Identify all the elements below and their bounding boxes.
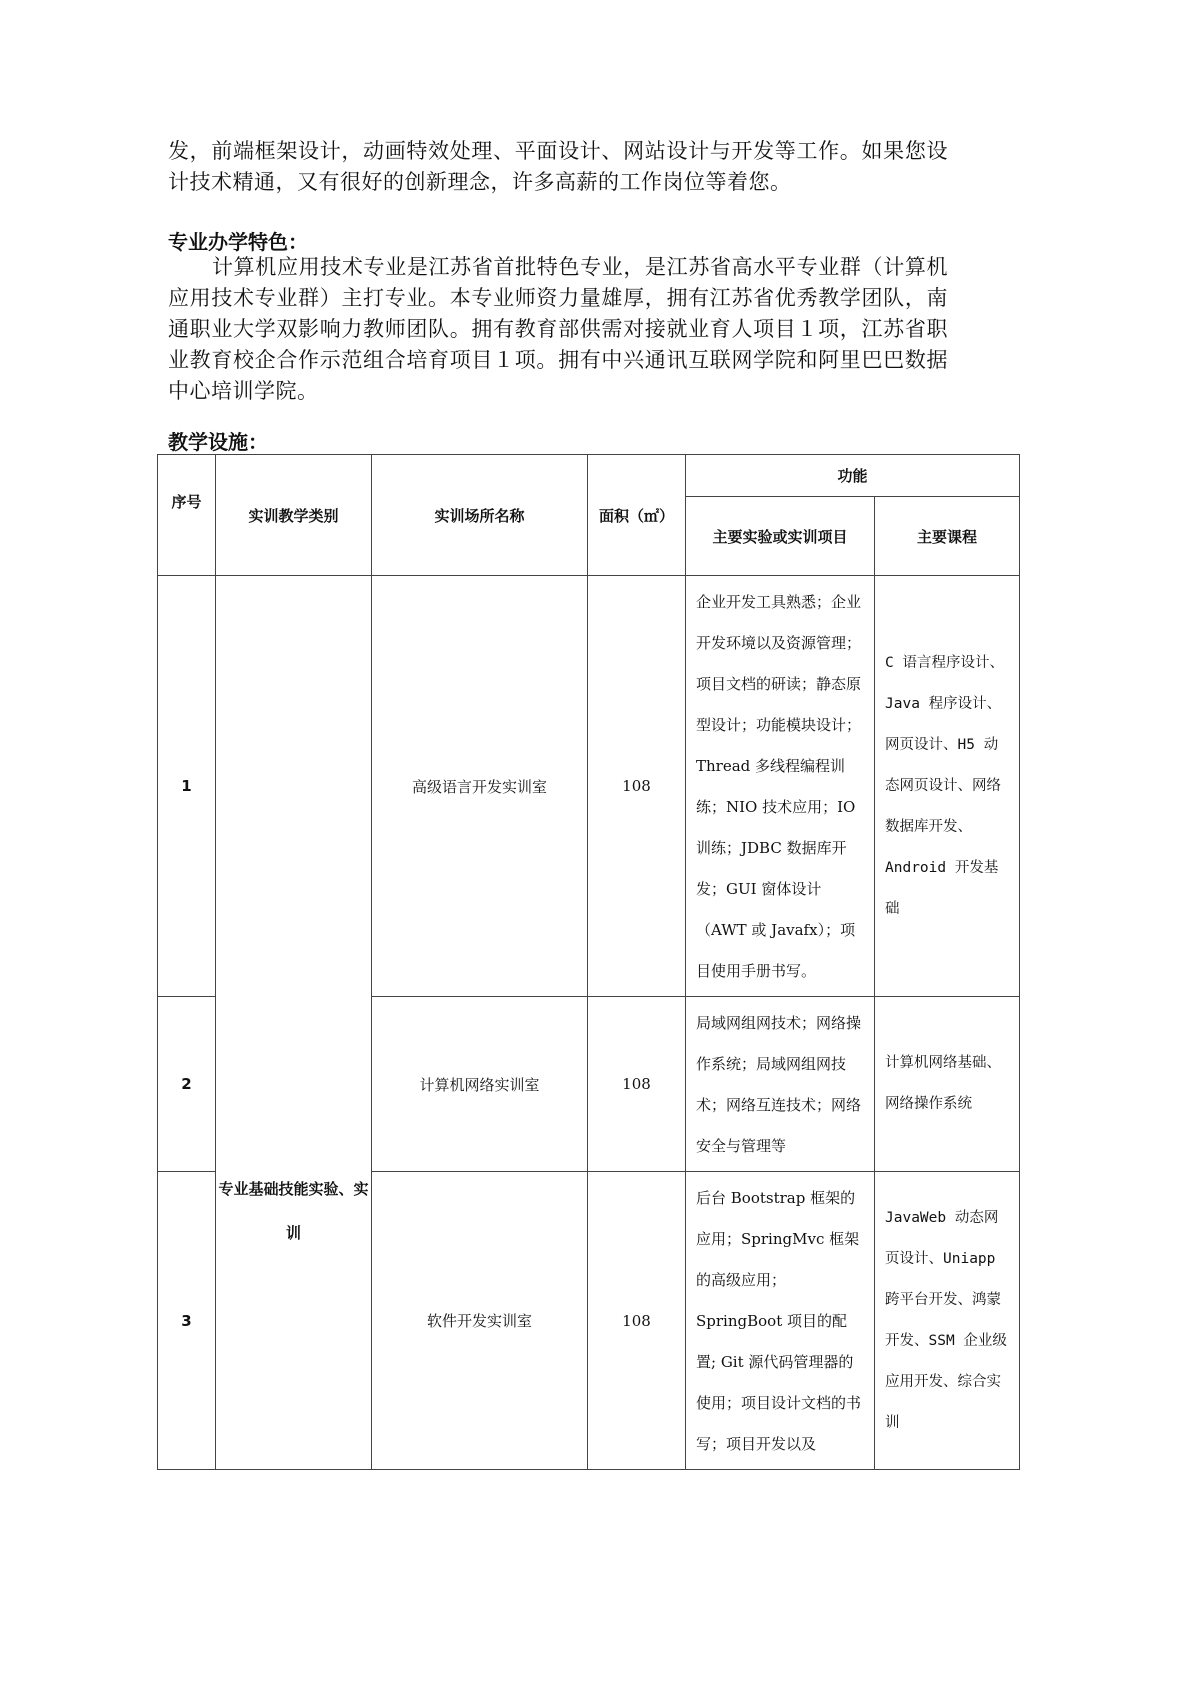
row-courses: 计算机网络基础、网络操作系统	[875, 997, 1020, 1172]
header-seq: 序号	[158, 455, 216, 576]
row-courses: C 语言程序设计、Java 程序设计、网页设计、H5 动态网页设计、网络数据库开…	[875, 576, 1020, 997]
row-projects: 企业开发工具熟悉；企业开发环境以及资源管理；项目文档的研读；静态原型设计；功能模…	[686, 576, 875, 997]
features-paragraph: 计算机应用技术专业是江苏省首批特色专业，是江苏省高水平专业群（计算机应用技术专业…	[168, 252, 948, 407]
header-courses: 主要课程	[875, 497, 1020, 576]
header-area: 面积（㎡）	[588, 455, 686, 576]
row-seq: 3	[158, 1172, 216, 1470]
header-site-name: 实训场所名称	[372, 455, 588, 576]
header-category: 实训教学类别	[216, 455, 372, 576]
row-category: 专业基础技能实验、实训	[216, 576, 372, 1470]
row-area: 108	[588, 997, 686, 1172]
row-seq: 1	[158, 576, 216, 997]
row-seq: 2	[158, 997, 216, 1172]
row-site-name: 计算机网络实训室	[372, 997, 588, 1172]
table-row: 1 专业基础技能实验、实训 高级语言开发实训室 108 企业开发工具熟悉；企业开…	[158, 576, 1020, 997]
row-projects: 局域网组网技术；网络操作系统；局域网组网技术；网络互连技术；网络安全与管理等	[686, 997, 875, 1172]
intro-paragraph: 发，前端框架设计，动画特效处理、平面设计、网站设计与开发等工作。如果您设计技术精…	[168, 136, 948, 198]
features-heading: 专业办学特色：	[168, 226, 308, 255]
row-projects: 后台 Bootstrap 框架的应用；SpringMvc 框架的高级应用；Spr…	[686, 1172, 875, 1470]
row-area: 108	[588, 576, 686, 997]
row-site-name: 高级语言开发实训室	[372, 576, 588, 997]
row-area: 108	[588, 1172, 686, 1470]
row-courses: JavaWeb 动态网页设计、Uniapp 跨平台开发、鸿蒙开发、SSM 企业级…	[875, 1172, 1020, 1470]
facilities-table: 序号 实训教学类别 实训场所名称 面积（㎡） 功能 主要实验或实训项目 主要课程…	[157, 454, 1020, 1470]
table-header-row: 序号 实训教学类别 实训场所名称 面积（㎡） 功能	[158, 455, 1020, 497]
header-function: 功能	[686, 455, 1020, 497]
header-projects: 主要实验或实训项目	[686, 497, 875, 576]
facilities-heading: 教学设施：	[168, 426, 268, 455]
row-site-name: 软件开发实训室	[372, 1172, 588, 1470]
